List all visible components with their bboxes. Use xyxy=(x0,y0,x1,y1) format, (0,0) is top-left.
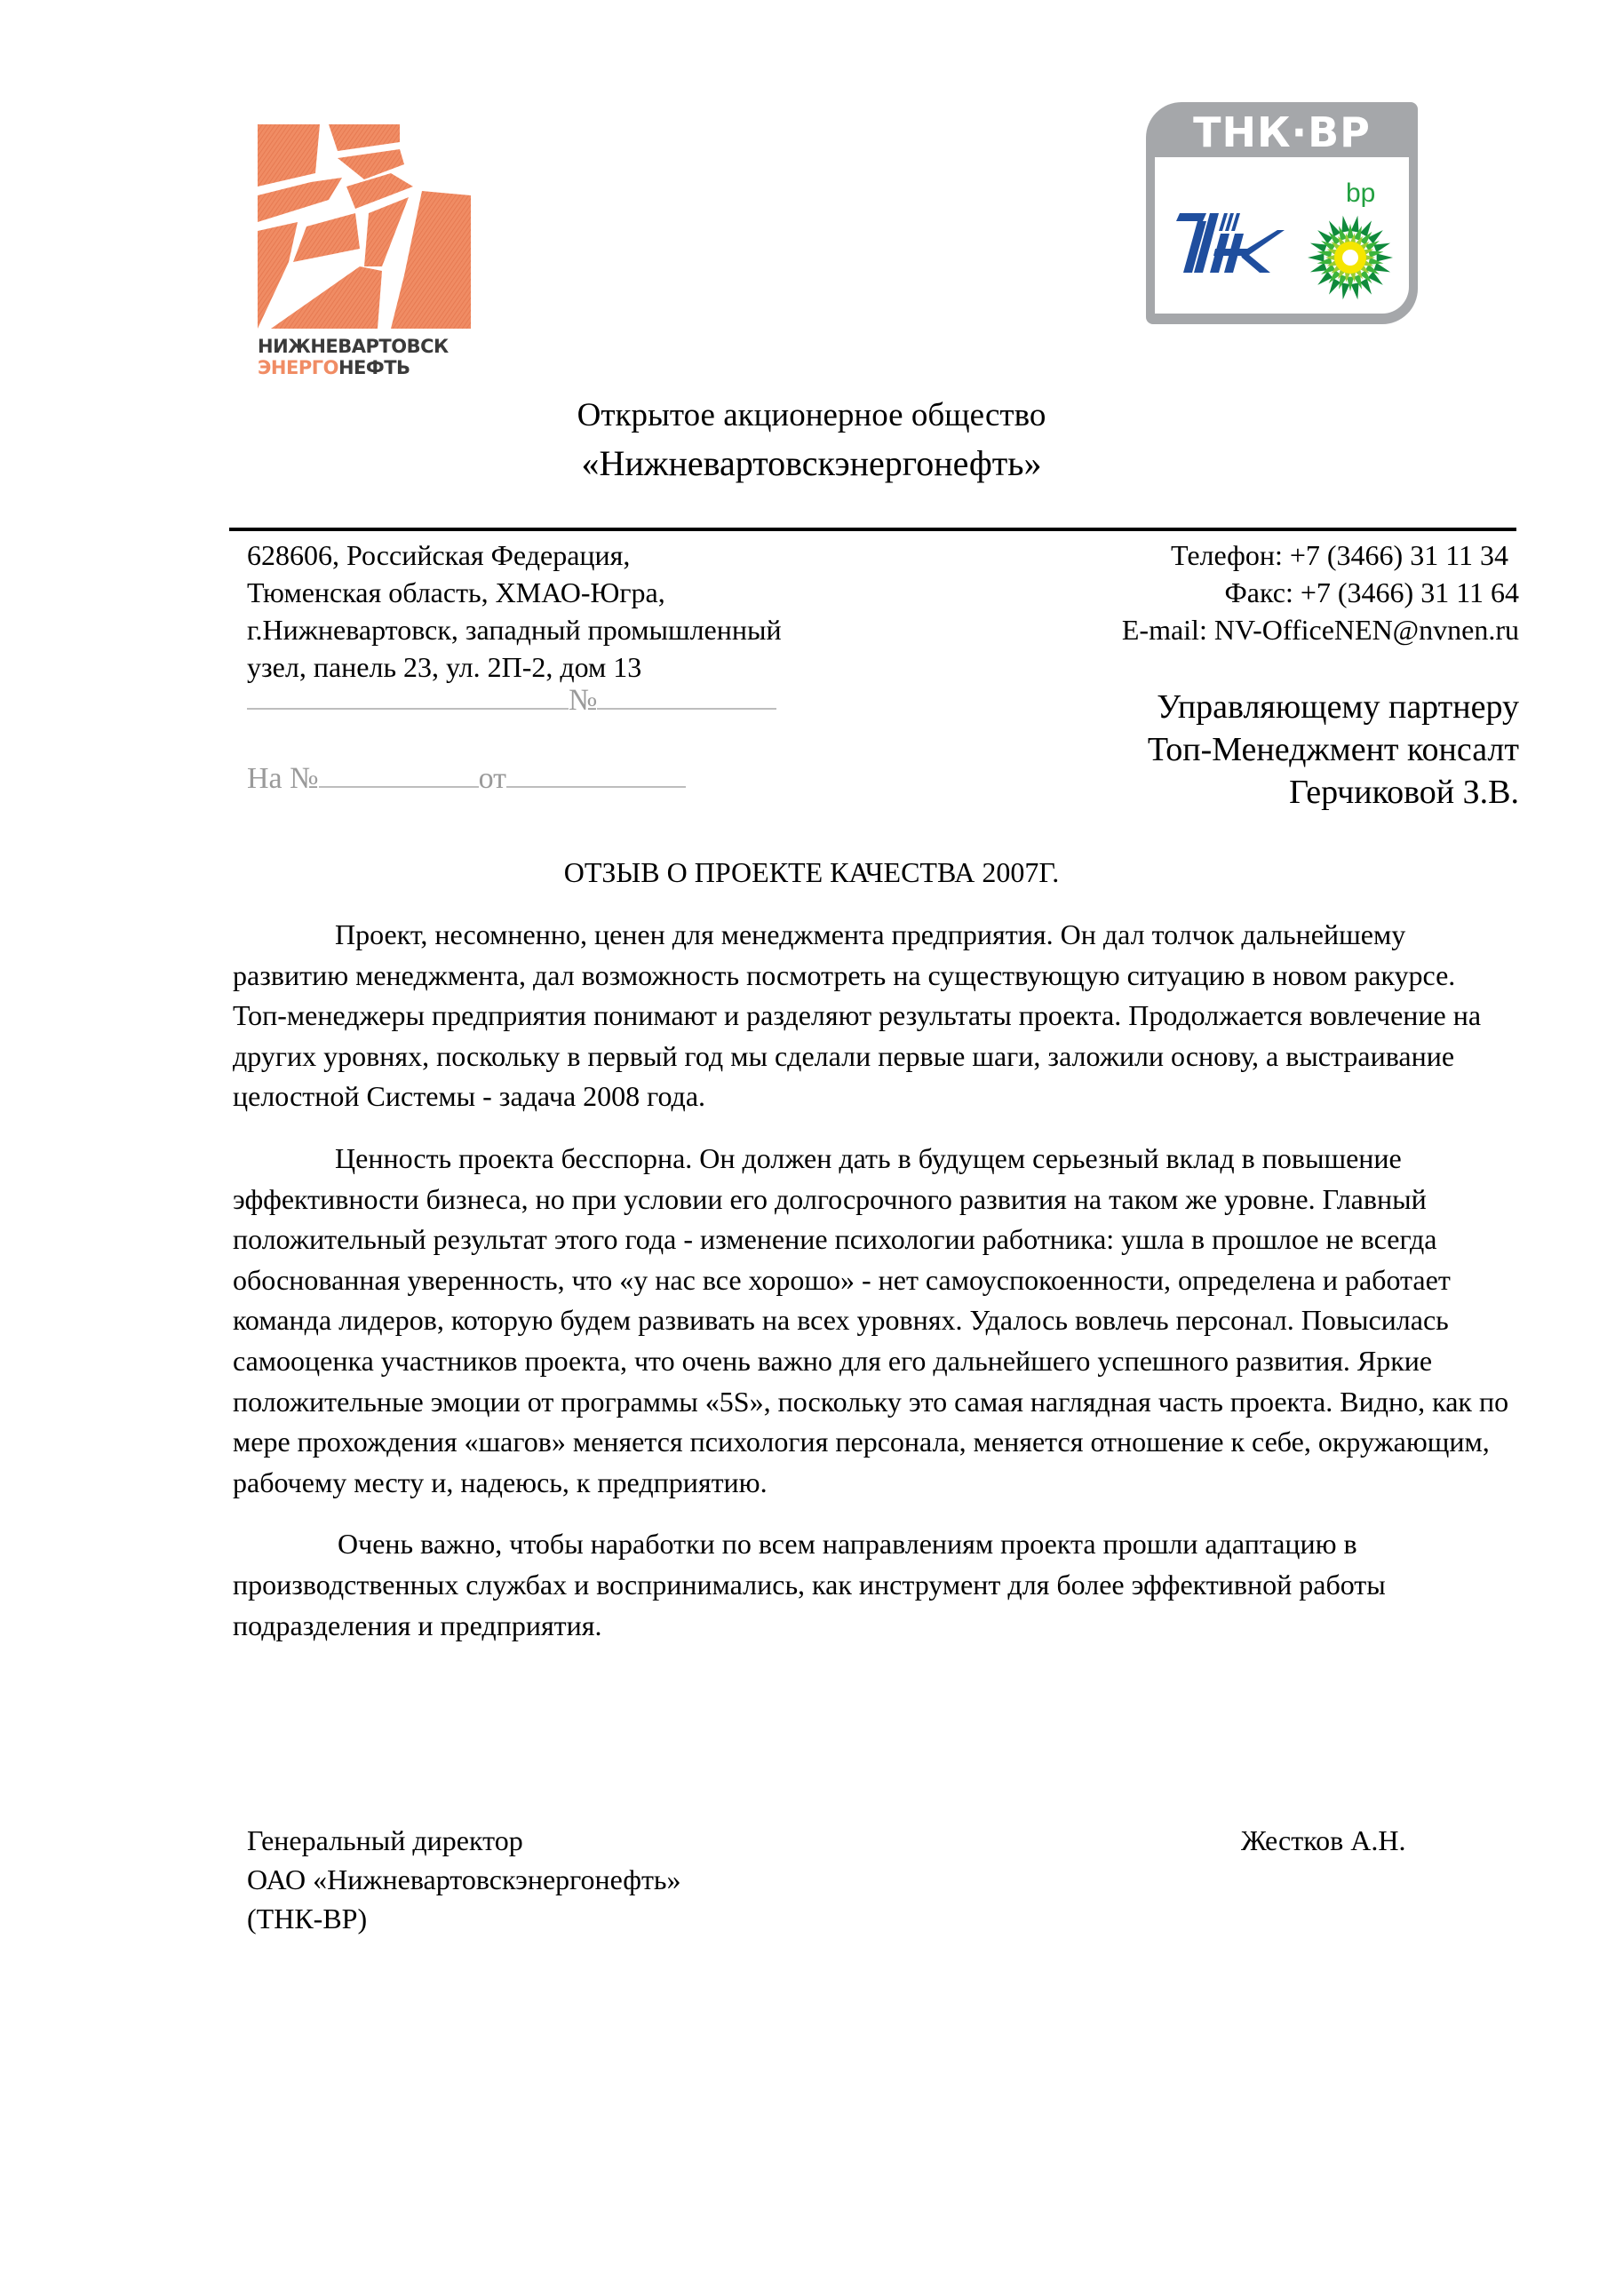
signature-line: ОАО «Нижневартовскэнергонефть» xyxy=(247,1860,681,1899)
in-reply-line: На №от xyxy=(247,762,686,796)
addressee-line: Герчиковой З.В. xyxy=(1148,771,1519,814)
addressee-block: Управляющему партнеру Топ-Менеджмент кон… xyxy=(1148,686,1519,814)
logo-text-energo: ЭНЕРГО xyxy=(258,357,338,378)
company-name: «Нижневартовскэнергонефть» xyxy=(0,441,1623,486)
body-paragraph: Проект, несомненно, ценен для менеджмент… xyxy=(233,915,1516,1117)
address-line: 628606, Российская Федерация, xyxy=(247,536,782,574)
addressee-line: Управляющему партнеру xyxy=(1148,686,1519,728)
body-paragraph: Очень важно, чтобы наработки по всем нап… xyxy=(233,1524,1516,1646)
power-line-tower-icon xyxy=(258,124,471,329)
date-blank xyxy=(247,708,569,710)
bp-helios-icon xyxy=(1306,213,1395,302)
document-body: Проект, несомненно, ценен для менеджмент… xyxy=(233,915,1516,1667)
header-divider xyxy=(229,528,1516,531)
nen-logo: НИЖНЕВАРТОВСК ЭНЕРГОНЕФТЬ xyxy=(258,124,471,382)
address-block: 628606, Российская Федерация, Тюменская … xyxy=(247,536,782,686)
company-type: Открытое акционерное общество xyxy=(0,395,1623,436)
body-paragraph: Ценность проекта бесспорна. Он должен да… xyxy=(233,1139,1516,1503)
addressee-line: Топ-Менеджмент консалт xyxy=(1148,728,1519,771)
in-reply-label: На № xyxy=(247,762,319,795)
address-line: узел, панель 23, ул. 2П-2, дом 13 xyxy=(247,648,782,686)
logo-title: ТНК·ВР xyxy=(1146,109,1418,155)
from-label: от xyxy=(479,762,506,795)
tnk-bp-logo: ТНК·ВР bp xyxy=(1146,102,1418,324)
signature-position: Генеральный директор ОАО «Нижневартовскэ… xyxy=(247,1821,681,1938)
email: E-mail: NV-OfficeNEN@nvnen.ru xyxy=(1122,611,1519,648)
signatory-name: Жестков А.Н. xyxy=(1241,1821,1405,1860)
phone: Телефон: +7 (3466) 31 11 34 xyxy=(1122,536,1519,574)
contacts-block: Телефон: +7 (3466) 31 11 34 Факс: +7 (34… xyxy=(1122,536,1519,648)
number-blank xyxy=(597,708,776,710)
logo-text-line1: НИЖНЕВАРТОВСК xyxy=(258,336,471,357)
fax: Факс: +7 (3466) 31 11 64 xyxy=(1122,574,1519,611)
document-title: ОТЗЫВ О ПРОЕКТЕ КАЧЕСТВА 2007Г. xyxy=(0,854,1623,890)
address-line: Тюменская область, ХМАО-Югра, xyxy=(247,574,782,611)
tnk-logo-icon xyxy=(1171,209,1286,275)
outgoing-number-line: № xyxy=(247,684,776,718)
address-line: г.Нижневартовск, западный промышленный xyxy=(247,611,782,648)
logo-text-line2: ЭНЕРГОНЕФТЬ xyxy=(258,357,471,378)
reply-number-blank xyxy=(319,786,479,788)
signature-line: (ТНК-ВР) xyxy=(247,1899,681,1938)
bp-text: bp xyxy=(1346,180,1375,207)
logo-text-neft: НЕФТЬ xyxy=(338,357,410,378)
signature-line: Генеральный директор xyxy=(247,1821,681,1860)
reply-date-blank xyxy=(506,786,686,788)
number-sign: № xyxy=(569,684,597,717)
